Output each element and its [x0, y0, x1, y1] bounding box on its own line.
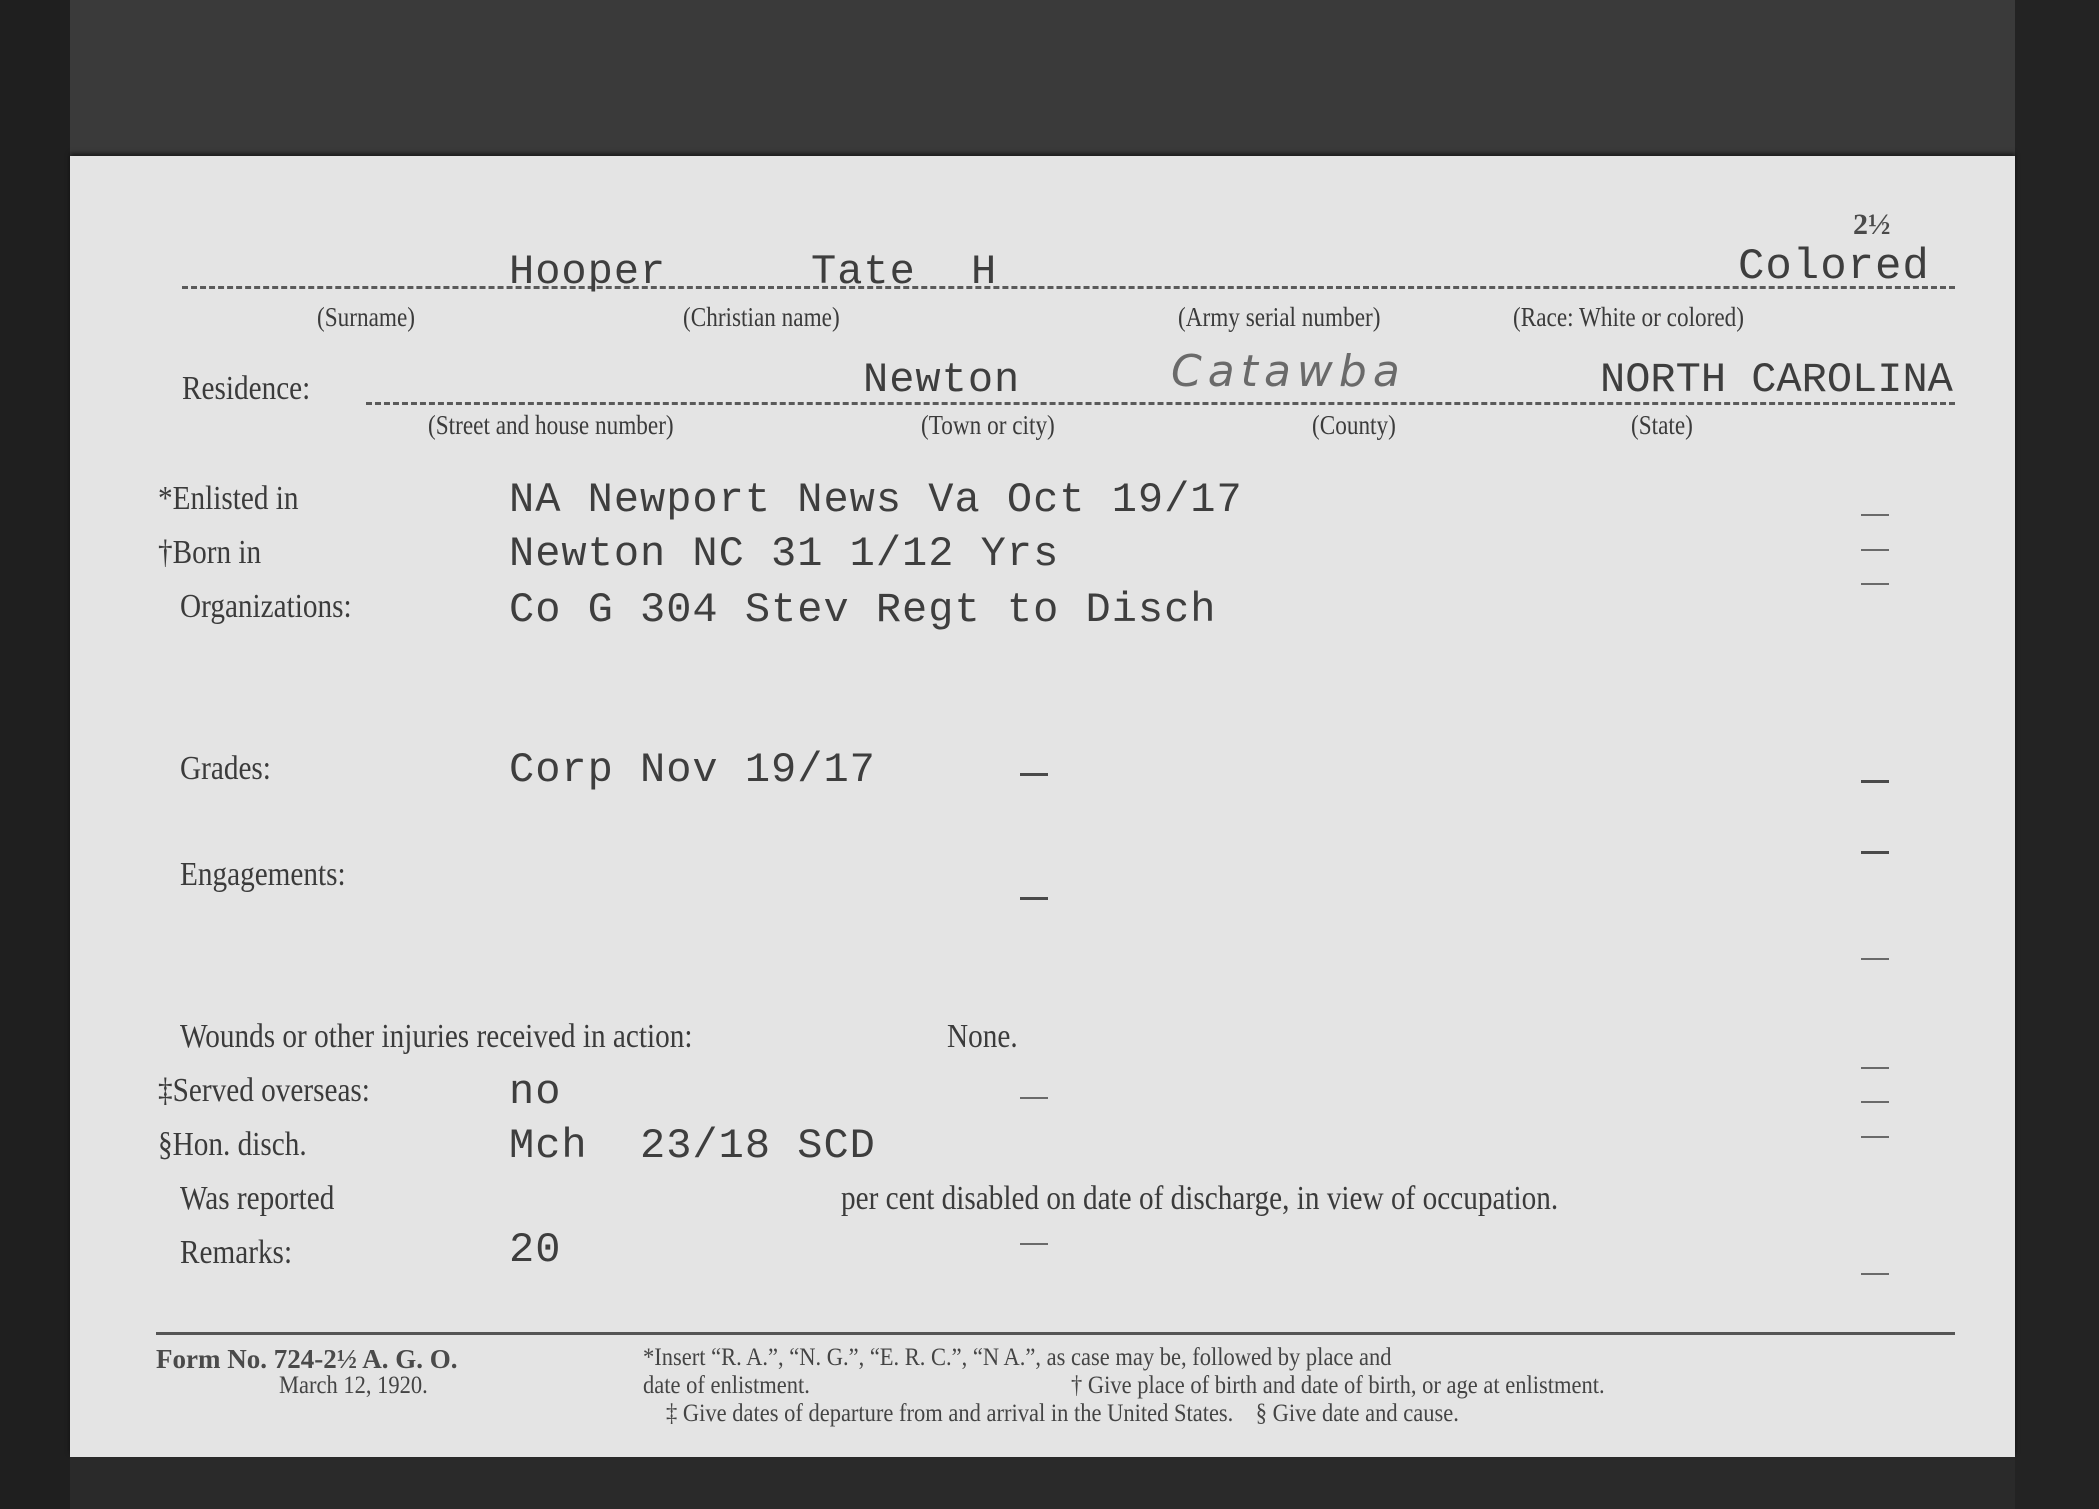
form-number: Form No. 724-2½ A. G. O.	[156, 1344, 457, 1375]
residence-county-value: Catawba	[1171, 346, 1406, 397]
organizations-label: Organizations:	[180, 588, 352, 626]
organizations-dash	[1861, 583, 1889, 585]
enlisted-value: NA Newport News Va Oct 19/17	[509, 476, 1243, 524]
form-date: March 12, 1920.	[279, 1372, 428, 1400]
hon-disch-label: §Hon. disch.	[158, 1126, 307, 1164]
remarks-mid-dash	[1020, 1243, 1048, 1245]
born-dash	[1861, 549, 1889, 551]
footer-rule	[156, 1332, 1955, 1335]
born-value: Newton NC 31 1/12 Yrs	[509, 530, 1059, 578]
street-label: (Street and house number)	[428, 410, 674, 441]
grades-label: Grades:	[180, 750, 271, 788]
disability-text: per cent disabled on date of discharge, …	[841, 1180, 1558, 1218]
remarks-dash	[1861, 1273, 1889, 1275]
remarks-label: Remarks:	[180, 1234, 292, 1272]
hon-disch-value: Mch 23/18 SCD	[509, 1122, 876, 1170]
was-reported-dash	[1861, 1136, 1889, 1138]
wounds-dash	[1861, 958, 1889, 960]
born-label: †Born in	[158, 534, 261, 572]
residence-state-value: NORTH CAROLINA	[1600, 356, 1953, 404]
footnote-line-2b: † Give place of birth and date of birth,…	[1071, 1372, 1605, 1400]
surname-value: Hooper	[509, 248, 666, 296]
engagements-label: Engagements:	[180, 856, 346, 894]
served-overseas-mid-dash	[1020, 1097, 1048, 1099]
residence-town-value: Newton	[863, 356, 1020, 404]
hon-disch-dash	[1861, 1101, 1889, 1103]
race-label: (Race: White or colored)	[1513, 302, 1744, 333]
service-record-card: 2½ Colored Hooper Tate H (Surname) (Chri…	[70, 156, 2015, 1457]
grades-value: Corp Nov 19/17	[509, 746, 876, 794]
christian-name-label: (Christian name)	[683, 302, 840, 333]
enlisted-label: *Enlisted in	[158, 480, 299, 518]
wounds-label: Wounds or other injuries received in act…	[180, 1018, 692, 1056]
scan-background-bottom	[70, 1457, 2015, 1509]
footnote-line-3: ‡ Give dates of departure from and arriv…	[666, 1400, 1459, 1428]
town-label: (Town or city)	[921, 410, 1055, 441]
served-overseas-label: ‡Served overseas:	[158, 1072, 370, 1110]
middle-initial-value: H	[971, 248, 997, 296]
organizations-value: Co G 304 Stev Regt to Disch	[509, 586, 1217, 634]
wounds-value: None.	[947, 1018, 1018, 1056]
engagements-mid-dash	[1020, 897, 1048, 900]
race-value: Colored	[1738, 242, 1930, 292]
footnote-line-1: *Insert “R. A.”, “N. G.”, “E. R. C.”, “N…	[643, 1344, 1392, 1372]
was-reported-label: Was reported	[180, 1180, 334, 1218]
served-overseas-dash	[1861, 1067, 1889, 1069]
scan-background-left	[0, 0, 70, 1509]
grades-dash	[1861, 780, 1889, 783]
county-label: (County)	[1312, 410, 1396, 441]
christian-name-value: Tate	[811, 248, 916, 296]
scan-background-right	[2015, 0, 2099, 1509]
engagements-dash	[1861, 851, 1889, 854]
residence-label: Residence:	[182, 370, 310, 408]
corner-mark: 2½	[1853, 208, 1891, 242]
surname-label: (Surname)	[317, 302, 415, 333]
state-label: (State)	[1631, 410, 1693, 441]
army-serial-label: (Army serial number)	[1178, 302, 1380, 333]
footnote-line-2a: date of enlistment.	[643, 1372, 810, 1400]
grades-mid-dash	[1020, 773, 1048, 776]
name-line	[182, 286, 1955, 289]
scan-background-top	[70, 0, 2015, 160]
served-overseas-value: no	[509, 1068, 561, 1116]
remarks-value: 20	[509, 1226, 561, 1274]
enlisted-dash	[1861, 514, 1889, 516]
